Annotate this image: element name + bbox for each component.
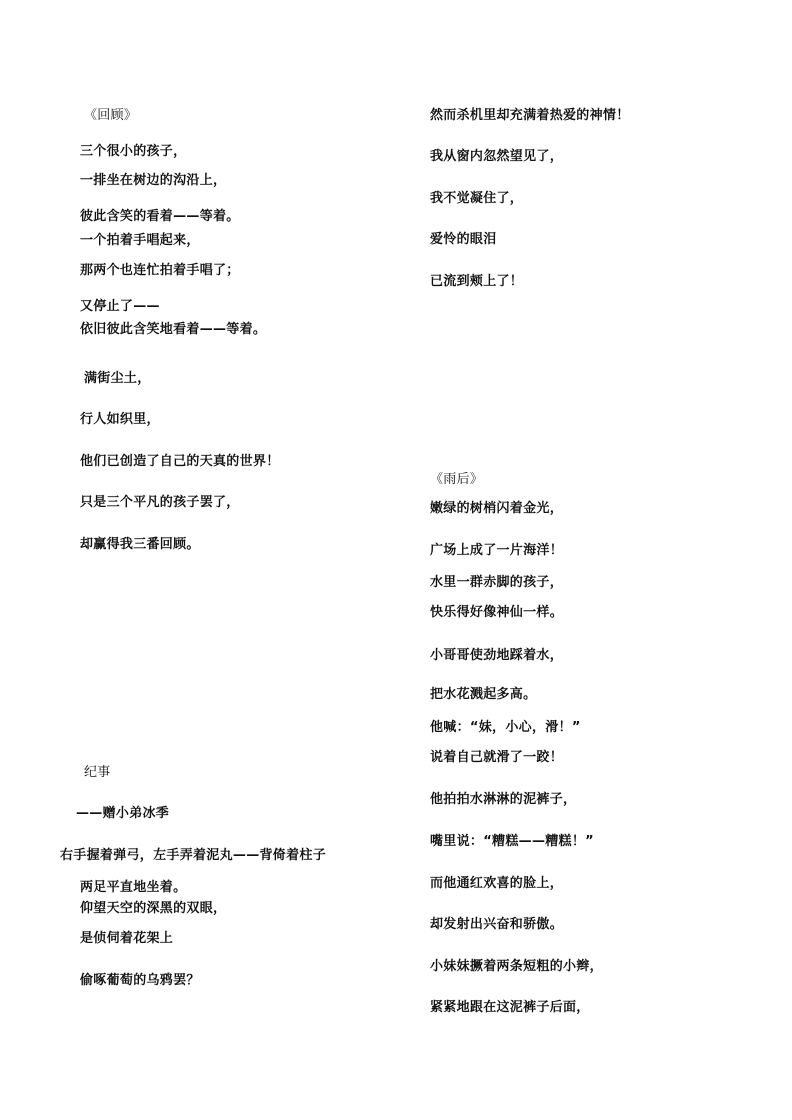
poem-title-jishi: 纪事 bbox=[84, 765, 111, 781]
poem-line: 满街尘土， bbox=[84, 371, 151, 387]
poem-line: 一个拍着手唱起来， bbox=[80, 233, 200, 249]
poem-line: 三个很小的孩子， bbox=[80, 144, 186, 160]
poem-line: 嫩绿的树梢闪着金光， bbox=[430, 501, 563, 517]
poem-line: 却发射出兴奋和骄傲。 bbox=[430, 917, 563, 933]
poem-line: 彼此含笑的看着——等着。 bbox=[80, 209, 240, 225]
poem-line: 我不觉凝住了， bbox=[430, 191, 523, 207]
poem-line: 快乐得好像神仙一样。 bbox=[430, 605, 563, 621]
poem-line: 我从窗内忽然望见了， bbox=[430, 149, 563, 165]
poem-line: 他们已创造了自己的天真的世界！ bbox=[80, 454, 280, 470]
poem-title-yuhou: 《雨后》 bbox=[430, 472, 483, 488]
poem-line: 嘴里说：“糟糕——糟糕！” bbox=[430, 834, 594, 850]
poem-line: 是侦伺着花架上 bbox=[80, 931, 173, 947]
poem-line: 小哥哥使劲地踩着水， bbox=[430, 648, 563, 664]
poem-line: 水里一群赤脚的孩子， bbox=[430, 575, 563, 591]
poem-line: 又停止了—— bbox=[80, 299, 160, 315]
poem-line: 而他通红欢喜的脸上， bbox=[430, 876, 563, 892]
poem-line: 那两个也连忙拍着手唱了； bbox=[80, 263, 240, 279]
poem-line: 然而杀机里却充满着热爱的神情！ bbox=[430, 108, 630, 124]
poem-line: 行人如织里， bbox=[80, 412, 160, 428]
poem-line: 依旧彼此含笑地看着——等着。 bbox=[80, 322, 266, 338]
poem-line: 把水花溅起多高。 bbox=[430, 687, 536, 703]
poem-line: 右手握着弹弓，左手弄着泥丸——背倚着柱子 bbox=[60, 848, 326, 864]
poem-line: 两足平直地坐着。 bbox=[80, 880, 186, 896]
poem-line: 紧紧地跟在这泥裤子后面， bbox=[430, 1000, 590, 1016]
poem-line: 已流到颊上了！ bbox=[430, 274, 523, 290]
poem-line: 仰望天空的深黑的双眼， bbox=[80, 901, 226, 917]
poem-line: 只是三个平凡的孩子罢了， bbox=[80, 495, 240, 511]
poem-line: 广场上成了一片海洋！ bbox=[430, 543, 563, 559]
poem-line: 爱怜的眼泪 bbox=[430, 232, 497, 248]
poem-title-huigu: 《回顾》 bbox=[84, 108, 137, 124]
poem-line: 小妹妹撅着两条短粗的小辫， bbox=[430, 959, 603, 975]
poem-line: 偷啄葡萄的乌鸦罢？ bbox=[80, 973, 200, 989]
poem-line: 他喊：“妹，小心，滑！” bbox=[430, 720, 581, 736]
poem-subtitle: ——赠小弟冰季 bbox=[76, 806, 169, 822]
poem-line: 他拍拍水淋淋的泥裤子， bbox=[430, 792, 576, 808]
poem-line: 却赢得我三番回顾。 bbox=[80, 537, 200, 553]
poem-line: 说着自己就滑了一跤！ bbox=[430, 750, 563, 766]
poem-line: 一排坐在树边的沟沿上， bbox=[80, 173, 226, 189]
